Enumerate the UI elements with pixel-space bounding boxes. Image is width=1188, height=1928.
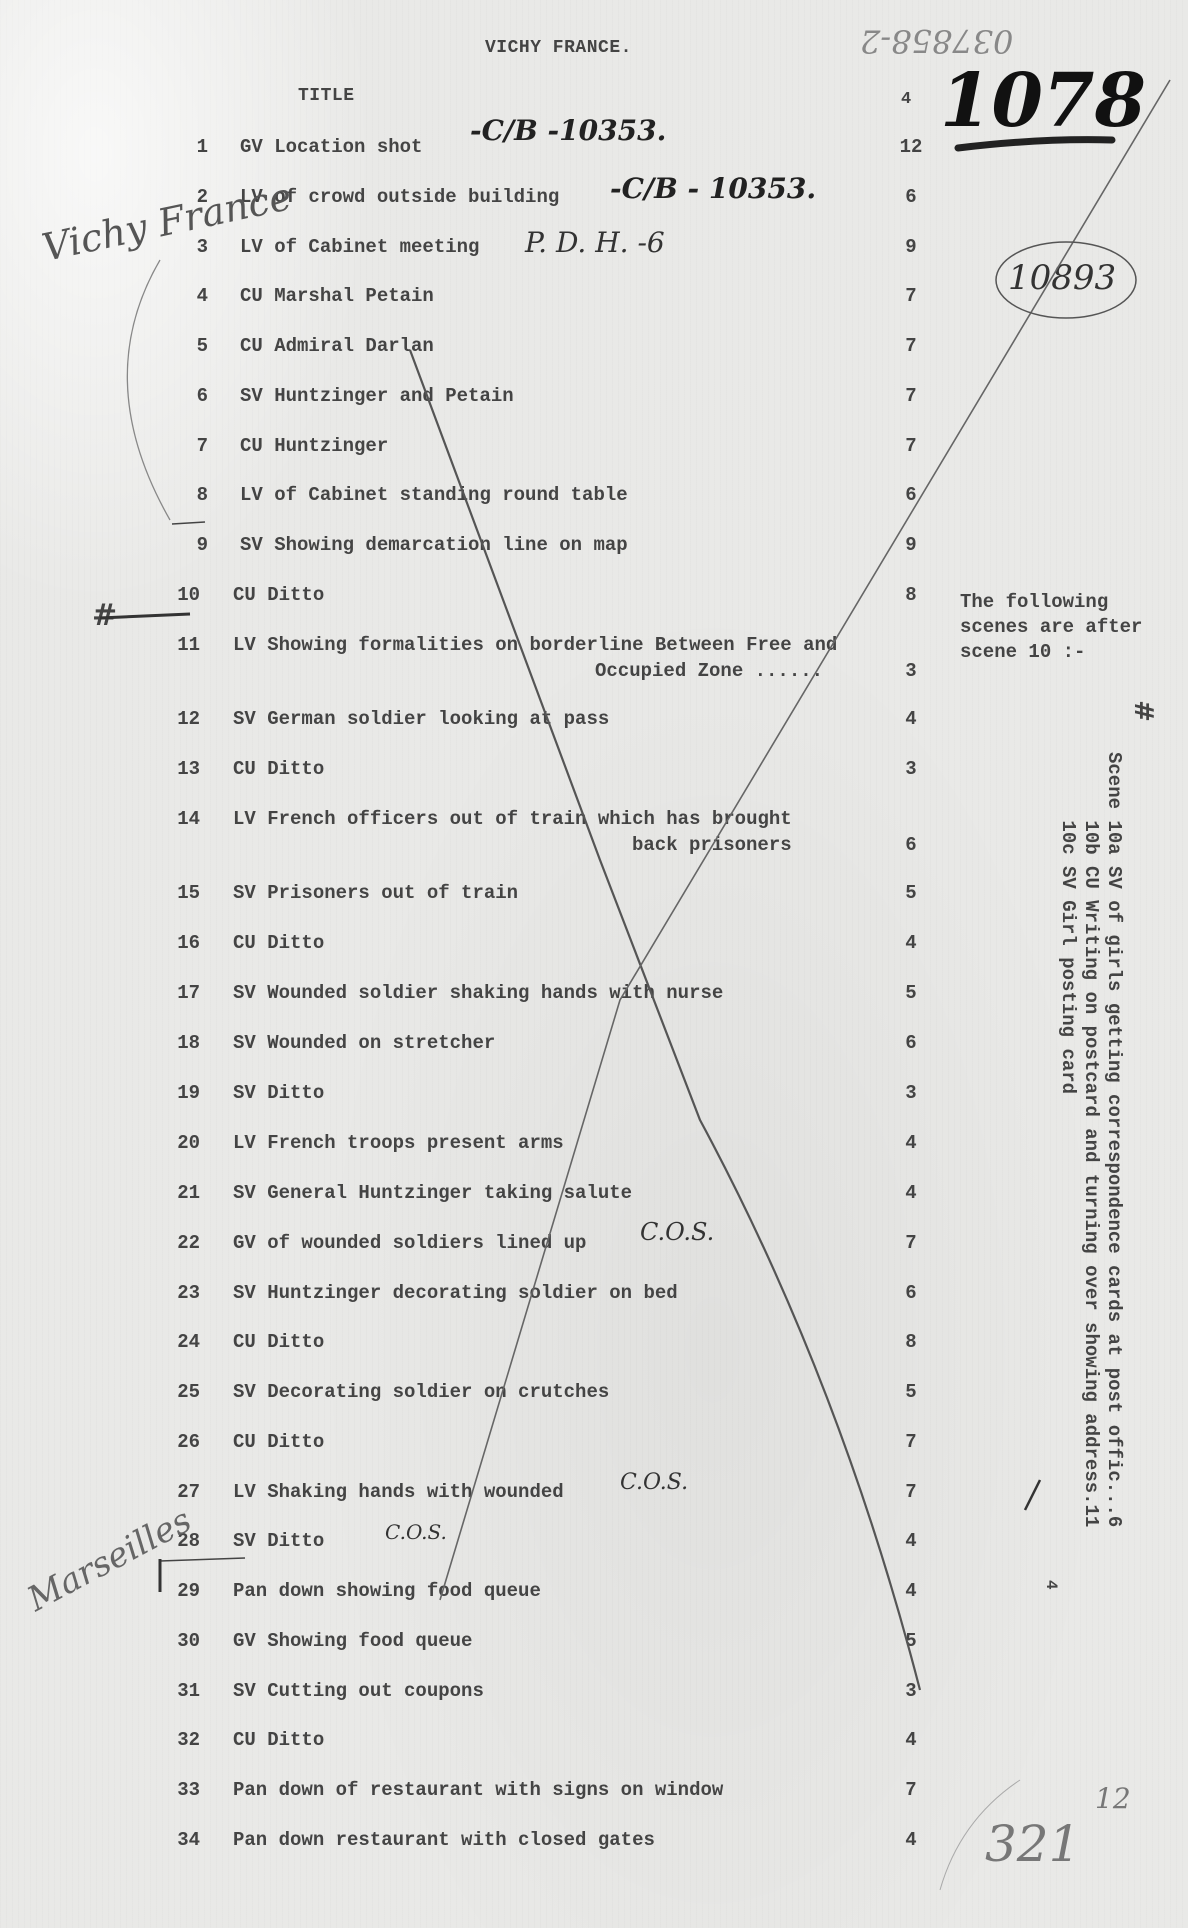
scene-number: 20 — [150, 1132, 200, 1154]
scene-description: SV Cutting out coupons — [233, 1680, 484, 1702]
scene-number: 18 — [150, 1032, 200, 1054]
scene-duration: 8 — [896, 584, 926, 606]
scene-description: CU Ditto — [233, 1331, 324, 1353]
scene-row: 17SV Wounded soldier shaking hands with … — [0, 982, 1188, 1012]
scene-row: 18SV Wounded on stretcher6 — [0, 1032, 1188, 1062]
scene-duration: 7 — [896, 1779, 926, 1801]
scene-number: 27 — [150, 1481, 200, 1503]
document-title: VICHY FRANCE. — [485, 38, 632, 58]
scene-number: 25 — [150, 1381, 200, 1403]
scene-number: 17 — [150, 982, 200, 1004]
scene-number: 31 — [150, 1680, 200, 1702]
side-note: The following scenes are after scene 10 … — [960, 590, 1142, 665]
scene-duration: 4 — [896, 1132, 926, 1154]
scene-description: LV French officers out of train which ha… — [233, 808, 792, 830]
scene-description: LV Shaking hands with wounded — [233, 1481, 564, 1503]
scene-row: 16CU Ditto4 — [0, 932, 1188, 962]
archive-stamp-number: 037858-2 — [860, 22, 1013, 60]
scene-description: CU Ditto — [233, 1729, 324, 1751]
scene-row: 6SV Huntzinger and Petain7 — [0, 385, 1188, 415]
inserted-total: 4 — [1039, 1580, 1062, 1590]
handwritten-circled-number: 10893 — [1008, 258, 1116, 298]
scene-number: 13 — [150, 758, 200, 780]
scene-number: 10 — [150, 584, 200, 606]
handwritten-total-superscript: 12 — [1095, 1782, 1131, 1815]
scene-number: 7 — [158, 435, 208, 457]
scene-duration: 9 — [896, 236, 926, 258]
scene-description: SV Huntzinger decorating soldier on bed — [233, 1282, 678, 1304]
scene-number: 8 — [158, 484, 208, 506]
scene-number: 14 — [150, 808, 200, 830]
scene-description: SV Huntzinger and Petain — [240, 385, 514, 407]
scene-row: 7CU Huntzinger7 — [0, 435, 1188, 465]
inserted-scene-10a: Scene 10a SV of girls getting correspond… — [1102, 752, 1125, 1527]
scene-number: 22 — [150, 1232, 200, 1254]
scene-row: 31SV Cutting out coupons3 — [0, 1680, 1188, 1710]
scene-description: Pan down restaurant with closed gates — [233, 1829, 655, 1851]
scene-description: Pan down showing food queue — [233, 1580, 541, 1602]
scene-row: 19SV Ditto3 — [0, 1082, 1188, 1112]
scene-description: CU Huntzinger — [240, 435, 388, 457]
scene-duration: 7 — [896, 1481, 926, 1503]
scene-duration: 4 — [896, 1530, 926, 1552]
scene-row: 24CU Ditto8 — [0, 1331, 1188, 1361]
scene-description: CU Ditto — [233, 1431, 324, 1453]
scene-description: SV General Huntzinger taking salute — [233, 1182, 632, 1204]
scene-duration: 4 — [896, 1182, 926, 1204]
scene-duration: 7 — [896, 1431, 926, 1453]
scene-duration: 7 — [896, 1232, 926, 1254]
scene-duration: 4 — [896, 1829, 926, 1851]
scene-number: 32 — [150, 1729, 200, 1751]
scene-duration: 6 — [896, 1282, 926, 1304]
scene-description: CU Ditto — [233, 758, 324, 780]
scene-row: 15SV Prisoners out of train5 — [0, 882, 1188, 912]
scene28-note: C.O.S. — [385, 1520, 447, 1544]
scene-row: 22GV of wounded soldiers lined up7 — [0, 1232, 1188, 1262]
scene-duration: 5 — [896, 1381, 926, 1403]
scene-number: 9 — [158, 534, 208, 556]
scene-duration: 3 — [896, 660, 926, 682]
scene-description: SV Ditto — [233, 1082, 324, 1104]
scene-row: 13CU Ditto3 — [0, 758, 1188, 788]
scene-description: CU Admiral Darlan — [240, 335, 434, 357]
scene-row: 32CU Ditto4 — [0, 1729, 1188, 1759]
scene-row: 20LV French troops present arms4 — [0, 1132, 1188, 1162]
scene-number: 12 — [150, 708, 200, 730]
scene-number: 30 — [150, 1630, 200, 1652]
scene-duration: 8 — [896, 1331, 926, 1353]
scene-duration: 4 — [896, 1580, 926, 1602]
scene3-reference: P. D. H. -6 — [525, 226, 665, 259]
scene-row: 30GV Showing food queue5 — [0, 1630, 1188, 1660]
scene-row: 12SV German soldier looking at pass4 — [0, 708, 1188, 738]
scene-description: LV Showing formalities on borderline Bet… — [233, 634, 837, 656]
scene-duration: 5 — [896, 1630, 926, 1652]
scene1-reference: -C/B -10353. — [470, 114, 666, 147]
scene-description: LV of Cabinet meeting — [240, 236, 479, 258]
scene-description: GV Showing food queue — [233, 1630, 472, 1652]
scene-duration: 4 — [896, 708, 926, 730]
scene-number: 5 — [158, 335, 208, 357]
scene27-note: C.O.S. — [620, 1470, 688, 1495]
scene-duration: 3 — [896, 1082, 926, 1104]
scene-duration: 7 — [896, 435, 926, 457]
scene-duration: 12 — [896, 136, 926, 158]
scene-row: 9SV Showing demarcation line on map9 — [0, 534, 1188, 564]
scene-description-continuation: back prisoners — [632, 834, 792, 856]
inserted-scene-10b: 10b CU Writing on postcard and turning o… — [1079, 752, 1102, 1527]
scene-duration: 3 — [896, 1680, 926, 1702]
scene-duration: 4 — [896, 932, 926, 954]
scene-description: CU Marshal Petain — [240, 285, 434, 307]
title-row-duration: 4 — [901, 90, 912, 109]
asterisk-mark-left: # — [92, 598, 117, 633]
scene-number: 16 — [150, 932, 200, 954]
scene-description: CU Ditto — [233, 932, 324, 954]
scene-duration: 7 — [896, 285, 926, 307]
scene22-note: C.O.S. — [640, 1218, 714, 1246]
scene-number: 34 — [150, 1829, 200, 1851]
scene-description: LV French troops present arms — [233, 1132, 564, 1154]
scene-row: 33Pan down of restaurant with signs on w… — [0, 1779, 1188, 1809]
scene-description-continuation: Occupied Zone ...... — [595, 660, 823, 682]
scene-number: 24 — [150, 1331, 200, 1353]
scene-number: 26 — [150, 1431, 200, 1453]
scene2-reference: -C/B - 10353. — [610, 172, 816, 205]
scene-description: GV of wounded soldiers lined up — [233, 1232, 586, 1254]
scene-description: LV of Cabinet standing round table — [240, 484, 628, 506]
scene-description: SV Wounded soldier shaking hands with nu… — [233, 982, 723, 1004]
scene-number: 33 — [150, 1779, 200, 1801]
handwritten-total: 321 — [985, 1815, 1080, 1873]
scene-description: SV Ditto — [233, 1530, 324, 1552]
scene-row: 8LV of Cabinet standing round table6 — [0, 484, 1188, 514]
scene-description: CU Ditto — [233, 584, 324, 606]
scene-duration: 6 — [896, 834, 926, 856]
scene-number: 19 — [150, 1082, 200, 1104]
scene-description: GV Location shot — [240, 136, 422, 158]
scene-duration: 7 — [896, 385, 926, 407]
scene-number: 15 — [150, 882, 200, 904]
title-row-label: TITLE — [298, 86, 355, 106]
scene-number: 6 — [158, 385, 208, 407]
scene-number: 29 — [150, 1580, 200, 1602]
scene-description: SV Decorating soldier on crutches — [233, 1381, 609, 1403]
scene-description: SV Wounded on stretcher — [233, 1032, 495, 1054]
scene-row: 14LV French officers out of train which … — [0, 808, 1188, 838]
scene-row: 26CU Ditto7 — [0, 1431, 1188, 1461]
scene-duration: 4 — [896, 1729, 926, 1751]
scene-number: 1 — [158, 136, 208, 158]
scene-description: SV German soldier looking at pass — [233, 708, 609, 730]
scene-row: 5CU Admiral Darlan7 — [0, 335, 1188, 365]
scene-description: Pan down of restaurant with signs on win… — [233, 1779, 723, 1801]
scene-duration: 7 — [896, 335, 926, 357]
scene-description: SV Prisoners out of train — [233, 882, 518, 904]
scene-duration: 5 — [896, 982, 926, 1004]
asterisk-mark-right: # — [1128, 700, 1158, 722]
scene-duration: 6 — [896, 186, 926, 208]
handwritten-big-number: 1078 — [940, 58, 1146, 144]
scene-row: 23SV Huntzinger decorating soldier on be… — [0, 1282, 1188, 1312]
scene-number: 23 — [150, 1282, 200, 1304]
scene-number: 4 — [158, 285, 208, 307]
scene-duration: 6 — [896, 1032, 926, 1054]
scene-duration: 9 — [896, 534, 926, 556]
scene-row: 21SV General Huntzinger taking salute4 — [0, 1182, 1188, 1212]
inserted-scene-10c: 10c SV Girl posting card — [1056, 752, 1079, 1094]
scene-row: 29Pan down showing food queue4 — [0, 1580, 1188, 1610]
scene-duration: 5 — [896, 882, 926, 904]
scene-description: SV Showing demarcation line on map — [240, 534, 628, 556]
scene-row: 25SV Decorating soldier on crutches5 — [0, 1381, 1188, 1411]
scene-number: 21 — [150, 1182, 200, 1204]
scene-duration: 6 — [896, 484, 926, 506]
scene-number: 11 — [150, 634, 200, 656]
scene-duration: 3 — [896, 758, 926, 780]
